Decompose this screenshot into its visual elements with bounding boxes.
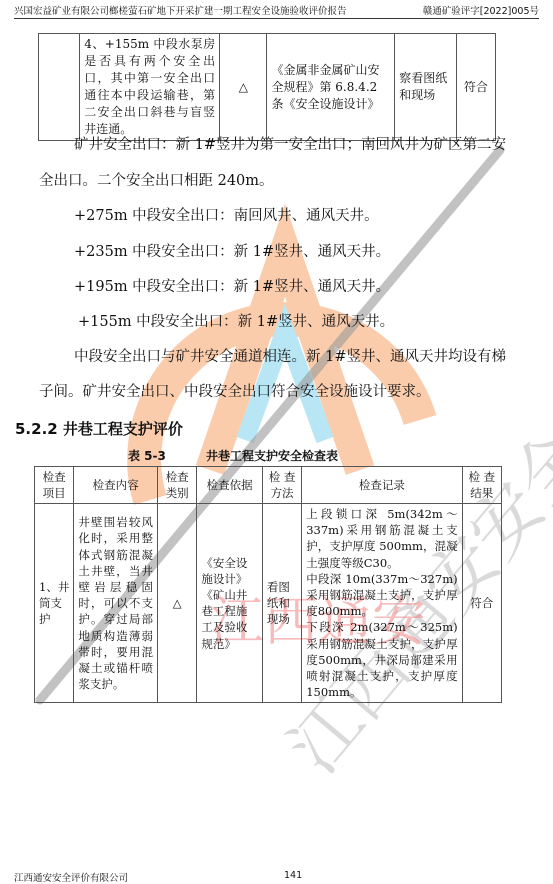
table-row: 4、+155m 中段水泵房是否具有两个安全出口，其中第一安全出口通往本中段运输巷… [39, 34, 496, 141]
doc-number: 赣通矿验评字[2022]005号 [423, 3, 539, 17]
cell-method: 看图纸和现场 [262, 504, 301, 703]
table-caption: 表 5-3 井巷工程支护安全检查表 [128, 447, 338, 464]
cell-content: 4、+155m 中段水泵房是否具有两个安全出口，其中第一安全出口通往本中段运输巷… [80, 34, 220, 141]
cell-result: 符合 [456, 34, 495, 141]
header-item: 检查项目 [35, 467, 74, 504]
paragraph: 中段安全出口与矿井安全通道相连。新 1#竖井、通风天井均设有梯 [74, 348, 506, 366]
page-number: 141 [284, 870, 302, 881]
report-title: 兴国宏益矿业有限公司榔槎萤石矿地下开采扩建一期工程安全设施验收评价报告 [14, 3, 347, 17]
support-check-table: 检查项目 检查内容 检查类别 检查依据 检 查方法 检查记录 检 查结果 1、井… [34, 466, 502, 703]
cell-result: 符合 [462, 504, 501, 703]
continued-check-table: 4、+155m 中段水泵房是否具有两个安全出口，其中第一安全出口通往本中段运输巷… [38, 33, 496, 141]
paragraph: 矿井安全出口：新 1#竖井为第一安全出口；南回风井为矿区第二安 [74, 136, 506, 154]
table-number: 表 5-3 [128, 449, 166, 463]
footer-company: 江西通安安全评价有限公司 [14, 873, 128, 884]
cell-method: 察看图纸和现场 [395, 34, 456, 141]
page-header: 兴国宏益矿业有限公司榔槎萤石矿地下开采扩建一期工程安全设施验收评价报告 赣通矿验… [14, 2, 539, 19]
cell-basis: 《金属非金属矿山安全规程》第 6.8.4.2 条《安全设施设计》 [267, 34, 395, 141]
record-line: 上段锁口深 5m(342m～337m)采用钢筋混凝土支护，支护厚度 500mm，… [306, 506, 457, 571]
cell-content: 井壁围岩较风化时，采用整体式钢筋混凝土井壁，当井壁岩层稳固时，可以不支护。穿过局… [74, 504, 158, 703]
header-method: 检 查方法 [262, 467, 301, 504]
paragraph: +275m 中段安全出口：南回风井、通风天井。 [74, 207, 379, 225]
record-line: 中段深 10m(337m～327m)采用钢筋混凝土支护，支护厚度800mm。 [306, 571, 457, 620]
header-result: 检 查结果 [462, 467, 501, 504]
section-heading: 5.2.2 井巷工程支护评价 [15, 418, 183, 439]
record-line: 下段深 2m(327m～325m)采用钢筋混凝土支护，支护厚度500mm，井深局… [306, 619, 457, 700]
paragraph: +235m 中段安全出口：新 1#竖井、通风天井。 [74, 243, 390, 261]
cell-basis: 《安全设施设计》《矿山井巷工程施工及验收规范》 [197, 504, 263, 703]
header-record: 检查记录 [302, 467, 462, 504]
table-title: 井巷工程支护安全检查表 [206, 449, 338, 463]
cell-category: △ [158, 504, 197, 703]
paragraph: +195m 中段安全出口：新 1#竖井、通风天井。 [74, 278, 390, 296]
table-row: 1、井筒支护 井壁围岩较风化时，采用整体式钢筋混凝土井壁，当井壁岩层稳固时，可以… [35, 504, 502, 703]
paragraph: 全出口。二个安全出口相距 240m。 [39, 172, 274, 190]
cell-category: △ [220, 34, 267, 141]
table-header-row: 检查项目 检查内容 检查类别 检查依据 检 查方法 检查记录 检 查结果 [35, 467, 502, 504]
cell-record: 上段锁口深 5m(342m～337m)采用钢筋混凝土支护，支护厚度 500mm，… [302, 504, 462, 703]
header-category: 检查类别 [158, 467, 197, 504]
header-basis: 检查依据 [197, 467, 263, 504]
cell-item: 1、井筒支护 [35, 504, 74, 703]
cell-item [39, 34, 80, 141]
paragraph: 子间。矿井安全出口、中段安全出口符合安全设施设计要求。 [39, 383, 431, 401]
page-footer: 江西通安安全评价有限公司 141 [14, 870, 539, 884]
header-content: 检查内容 [74, 467, 158, 504]
paragraph: +155m 中段安全出口：新 1#竖井、通风天井。 [78, 313, 394, 331]
